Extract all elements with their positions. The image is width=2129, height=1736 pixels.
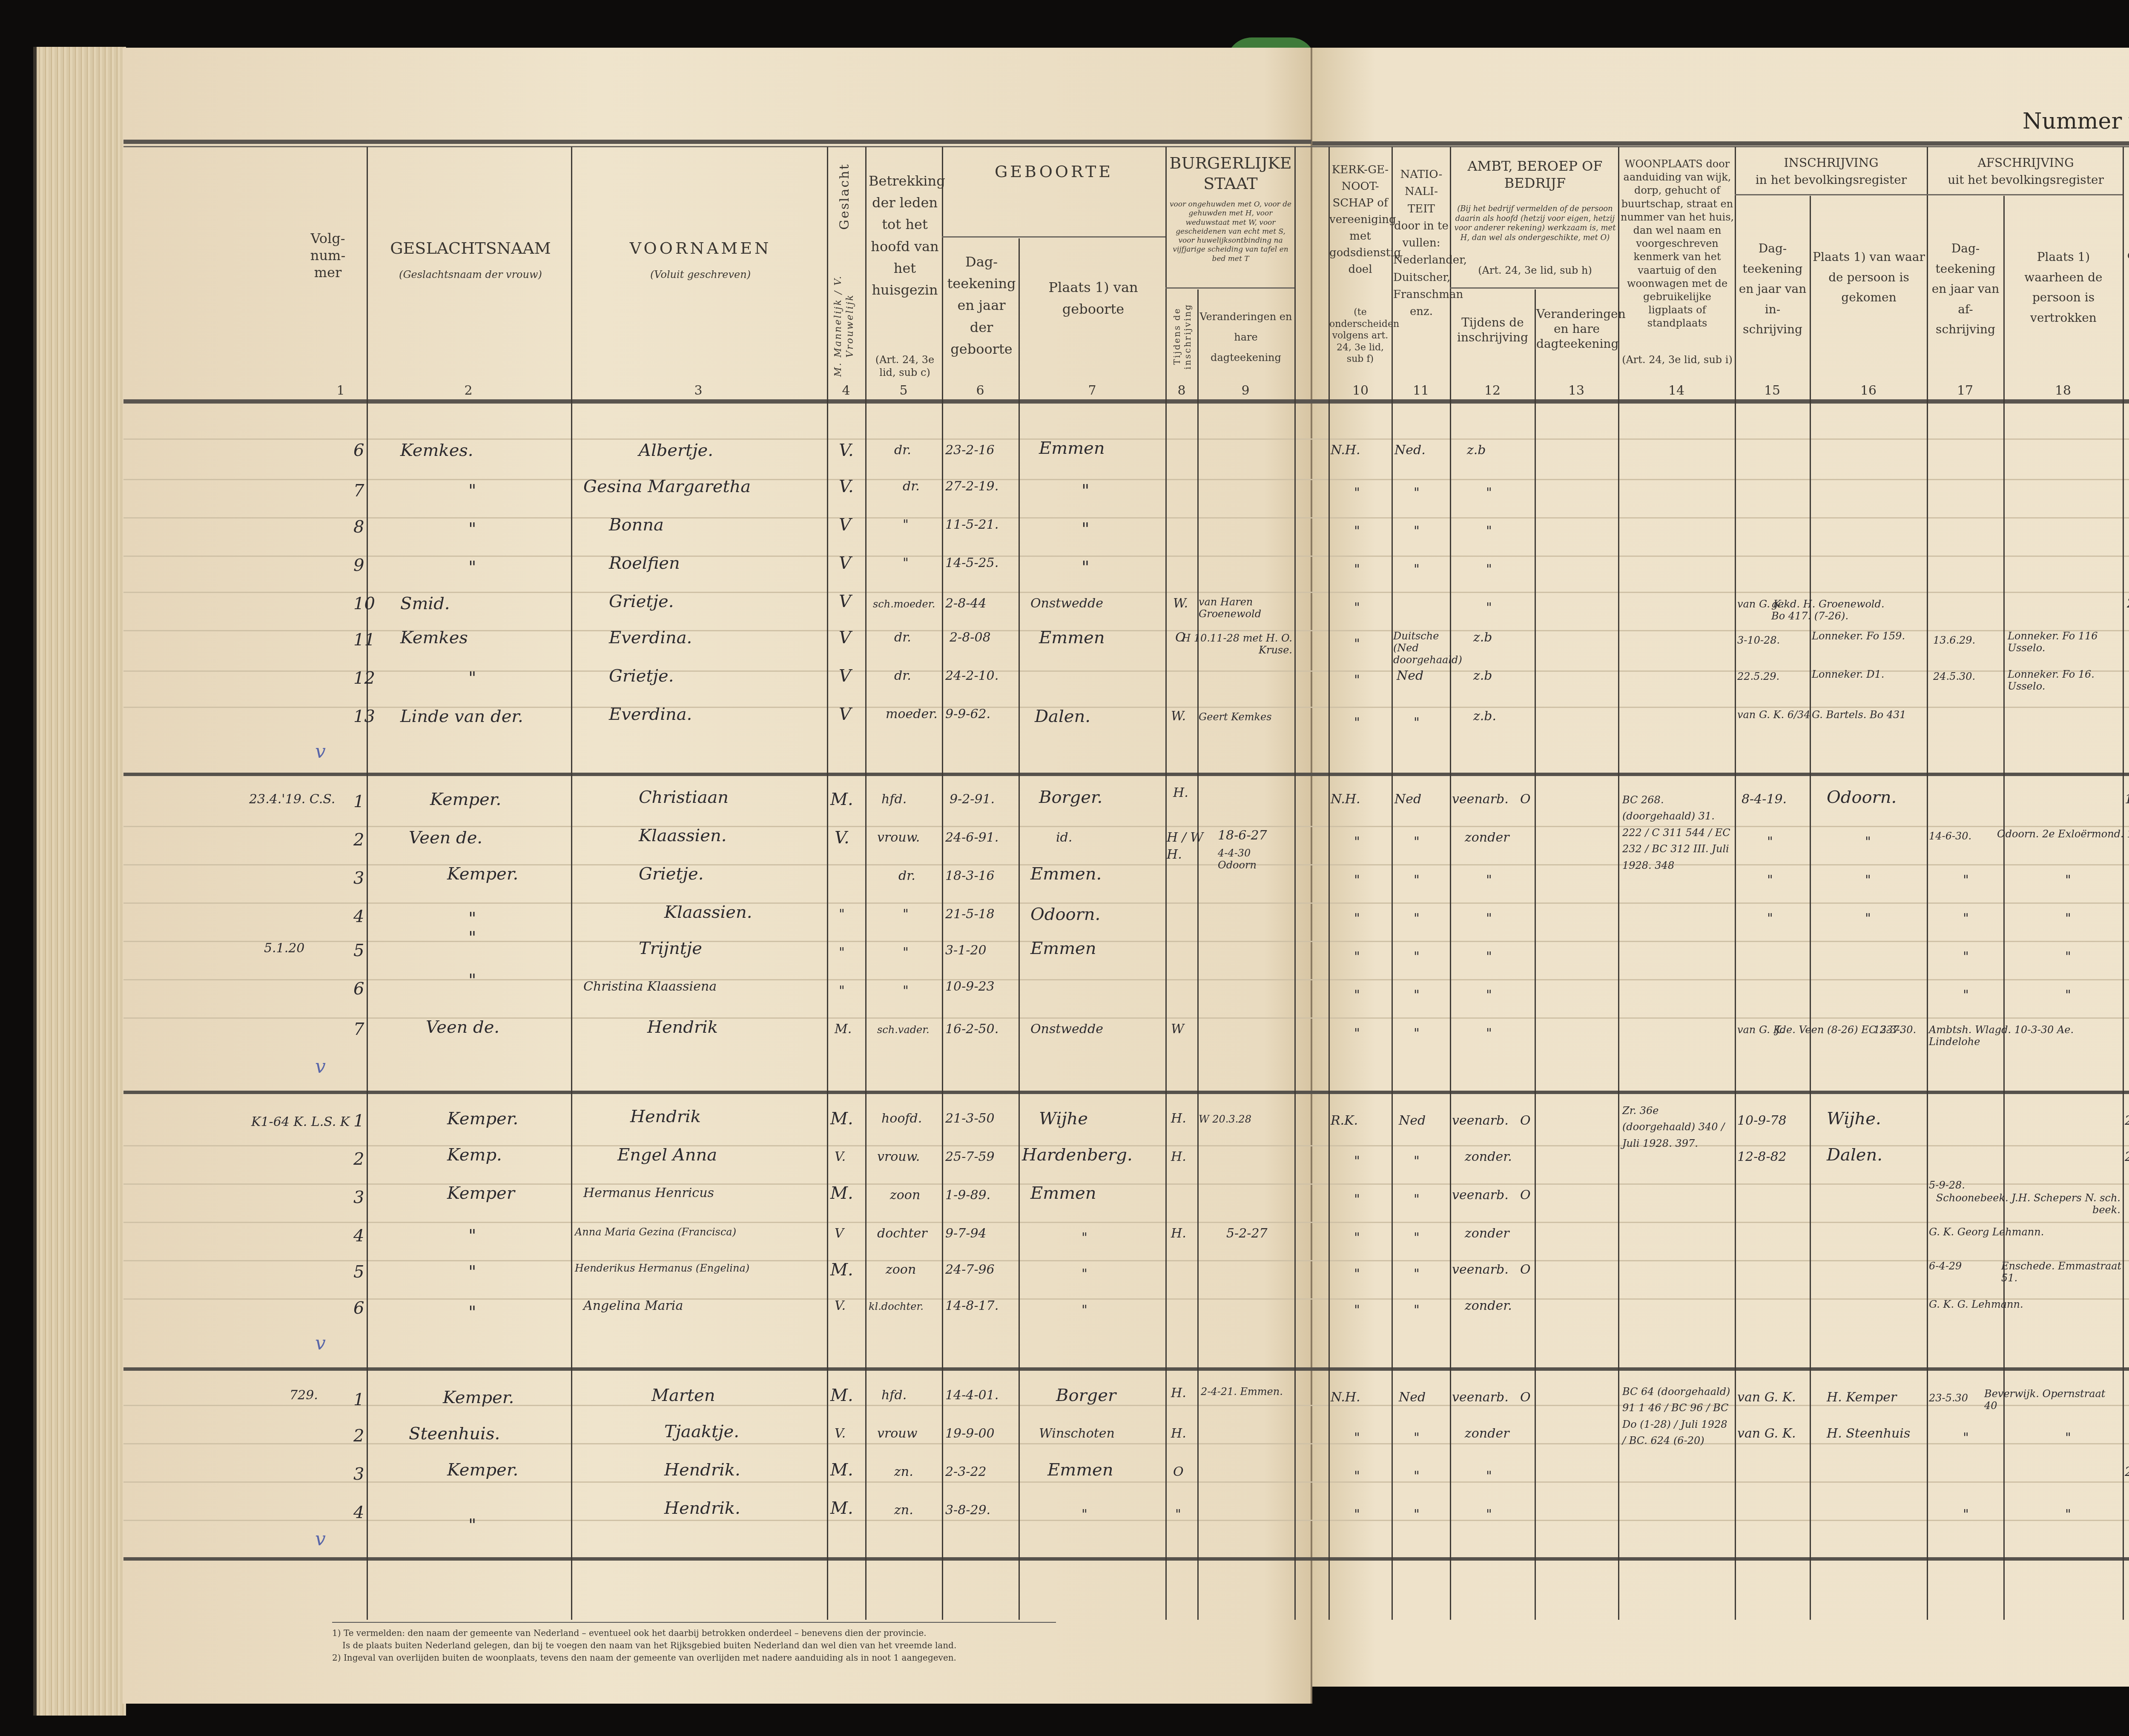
surname: " — [468, 668, 476, 688]
birth-place: Onstwedde — [1030, 596, 1103, 611]
surname: Kemper. — [447, 1109, 518, 1129]
group-margin-note: 729. — [290, 1388, 318, 1403]
occupation-status: O — [1520, 1188, 1531, 1203]
occupation: veenarb. — [1452, 1113, 1509, 1128]
nationality: " — [1414, 485, 1420, 500]
row-line — [123, 517, 2129, 519]
given-names: Tjaaktje. — [664, 1422, 739, 1441]
church: " — [1354, 524, 1360, 539]
relation: moeder. — [886, 707, 938, 722]
sheet-number-title: Nummer van het blad — [2023, 109, 2129, 134]
church: " — [1354, 1154, 1360, 1169]
surname: Kemper. — [447, 1460, 518, 1480]
col9-header: Veranderingen en hare dagteekening — [1199, 307, 1293, 368]
col3-subheader: (Voluit geschreven) — [575, 268, 826, 281]
given-names: Grietje. — [639, 864, 703, 884]
col-divider — [1810, 196, 1811, 1620]
occupation: " — [1486, 911, 1492, 926]
row-line — [123, 438, 2129, 440]
church: " — [1354, 1266, 1360, 1281]
civil-status: H. — [1171, 1426, 1186, 1441]
given-names: Trijntje — [639, 939, 702, 958]
row-line — [123, 941, 2129, 942]
group-divider-2 — [123, 1091, 2129, 1094]
civil-status: H. — [1171, 1149, 1186, 1164]
relation: dr. — [894, 443, 911, 458]
surname: " — [468, 1262, 476, 1282]
birth-date: 9-2-91. — [950, 792, 995, 807]
col5-header: Betrekking der leden tot het hoofd van h… — [869, 170, 941, 301]
sex: V. — [835, 1426, 846, 1441]
inscription-date: 22.5.29. — [1737, 670, 1779, 682]
nationality: Ned — [1399, 1113, 1426, 1128]
relation: hfd. — [881, 792, 907, 807]
col18-header: Plaats 1) waarheen de persoon is vertrok… — [2006, 247, 2121, 328]
surname: " — [468, 558, 476, 577]
col-divider — [1735, 147, 1736, 1620]
birth-place: Odoorn. — [1030, 905, 1100, 924]
civil-status: H. — [1167, 847, 1182, 862]
open-ledger: Nummer van het blad — [0, 0, 2129, 1736]
sex: V — [839, 705, 851, 724]
col-divider — [1328, 147, 1330, 1620]
row-number: 12 — [353, 668, 375, 688]
col12-header: Tijdens de inschrijving — [1451, 315, 1534, 345]
row-number: 4 — [353, 907, 364, 926]
birth-date: 21-5-18 — [945, 907, 995, 922]
relation: vrouw — [877, 1426, 917, 1441]
surname: " — [468, 1515, 476, 1535]
departure-date: " — [1963, 911, 1969, 926]
afschrijving-header: AFSCHRIJVING — [1929, 155, 2123, 170]
row-number: 4 — [353, 1503, 364, 1522]
row-line — [123, 592, 2129, 593]
sex: V — [835, 1226, 844, 1241]
occupation: " — [1486, 1507, 1492, 1522]
col14-subheader: (Art. 24, 3e lid, sub i) — [1620, 353, 1734, 366]
occupation-status: O — [1520, 1390, 1531, 1405]
blue-checkmark: v — [315, 1332, 326, 1354]
inscription-date: van G. K. — [1737, 1426, 1796, 1441]
given-names: Bonna — [609, 515, 664, 535]
birth-place: Emmen — [1039, 628, 1105, 647]
relation: dochter — [877, 1226, 927, 1241]
row-number: 5 — [353, 941, 364, 960]
relation: dr. — [898, 868, 915, 883]
col5-subheader: (Art. 24, 3e lid, sub c) — [869, 353, 941, 379]
nationality: " — [1414, 873, 1420, 888]
departure-date: " — [1963, 1430, 1969, 1445]
church: N.H. — [1331, 443, 1360, 458]
group-margin-note: 23.4.'19. C.S. — [249, 792, 335, 807]
colnum-8: 8 — [1169, 383, 1194, 398]
inscription-from: " — [1865, 873, 1871, 888]
surname: Kemkes. — [400, 441, 473, 460]
col3-header: VOORNAMEN — [575, 238, 826, 259]
row-number: 1 — [353, 1111, 364, 1131]
nationality: Ned — [1394, 792, 1421, 807]
col2-subheader: (Geslachtsnaam der vrouw) — [370, 268, 571, 281]
nationality: " — [1414, 949, 1420, 964]
colnum-15: 15 — [1759, 383, 1785, 398]
sex: V. — [835, 828, 849, 848]
birth-place: Hardenberg. — [1022, 1145, 1133, 1165]
church: " — [1354, 873, 1360, 888]
occupation: z.b — [1467, 443, 1486, 458]
birth-date: 24-6-91. — [945, 830, 999, 845]
footnote-1-cont: Is de plaats buiten Nederland gelegen, d… — [332, 1639, 1056, 1652]
death-date: 20-3-28 — [2125, 1149, 2129, 1164]
birth-date: 3-8-29. — [945, 1503, 990, 1518]
inschrijving-subheader: in het bevolkingsregister — [1736, 172, 1926, 187]
relation: " — [903, 556, 909, 570]
civil-status: H. — [1171, 1226, 1186, 1241]
occupation: " — [1486, 562, 1492, 577]
relation: zoon — [886, 1262, 916, 1277]
surname: Kemp. — [447, 1145, 502, 1165]
civil-status: W. — [1173, 596, 1188, 611]
birth-date: 14-5-25. — [945, 556, 999, 570]
given-names: Marten — [651, 1386, 715, 1405]
relation: dr. — [894, 630, 911, 645]
row-number: 3 — [353, 1464, 364, 1484]
relation: hoofd. — [881, 1111, 922, 1126]
birth-place: id. — [1056, 830, 1072, 845]
sex: " — [839, 907, 845, 922]
civil-status: H. — [1173, 785, 1188, 800]
row-margin-note: 5.1.20 — [264, 941, 304, 956]
birth-date: 24-2-10. — [945, 668, 999, 683]
nationality: Duitsche (Ned doorgehaald) — [1393, 630, 1449, 666]
colnum-4: 4 — [833, 383, 859, 398]
colnum-6: 6 — [967, 383, 993, 398]
sex: V. — [839, 477, 854, 496]
inscription-date: 12-8-82 — [1737, 1149, 1787, 1164]
birth-date: 14-8-17. — [945, 1298, 999, 1313]
occupation: " — [1486, 600, 1492, 615]
col-divider — [1535, 289, 1536, 1620]
birth-place: " — [1082, 481, 1089, 501]
sex: M. — [830, 1183, 853, 1203]
relation: dr. — [894, 668, 911, 683]
row-number: 7 — [353, 1020, 364, 1039]
nationality: " — [1414, 1154, 1420, 1169]
sex: V. — [839, 441, 854, 460]
afschrijving-subheader: uit het bevolkingsregister — [1929, 172, 2123, 187]
colnum-16: 16 — [1856, 383, 1881, 398]
row-number: 6 — [353, 1298, 364, 1318]
row-number: 4 — [353, 1226, 364, 1246]
surname: " — [468, 909, 476, 928]
colnum-12: 12 — [1480, 383, 1505, 398]
departure-to: " — [2065, 873, 2071, 888]
departure-to: Schoonebeek. J.H. Schepers N. sch. beek. — [1929, 1192, 2120, 1216]
departure-date: " — [1963, 988, 1969, 1003]
row-line — [123, 1017, 2129, 1019]
nationality: " — [1414, 1469, 1420, 1484]
residence: Zr. 36e (doorgehaald) 340 / Juli 1928. 3… — [1622, 1103, 1733, 1152]
birth-date: 1-9-89. — [945, 1188, 990, 1203]
bs-subrule — [1165, 287, 1294, 289]
inscription-date: " — [1767, 834, 1773, 849]
inschr-subrule — [1735, 194, 2123, 195]
row-number: 2 — [353, 1149, 364, 1169]
inscription-from: Odoorn. — [1827, 788, 1897, 807]
departure-to: G. K. Georg Lehmann. — [1929, 1226, 2120, 1238]
col19-header: Dag-teekening en jaar van OVER-LIJDEN 2) — [2125, 204, 2129, 306]
colnum-1: 1 — [328, 383, 353, 398]
birth-place: Emmen — [1030, 939, 1096, 958]
blue-checkmark: v — [315, 1528, 326, 1550]
colnum-13: 13 — [1564, 383, 1589, 398]
row-number: 7 — [353, 481, 364, 501]
given-names: Christina Klaassiena — [583, 979, 717, 994]
nationality: Ned. — [1394, 443, 1426, 458]
given-names: Hendrik — [647, 1017, 718, 1037]
col-divider — [1450, 147, 1451, 1620]
civil-status: " — [1175, 1507, 1181, 1522]
row-number: 6 — [353, 441, 364, 460]
nationality: " — [1414, 1507, 1420, 1522]
occupation-status: O — [1520, 792, 1531, 807]
civil-status-change: W 20.3.28 — [1199, 1113, 1251, 1125]
birth-date: 19-9-00 — [945, 1426, 995, 1441]
church: " — [1354, 485, 1360, 500]
relation: " — [903, 517, 909, 532]
footnote-1: 1) Te vermelden: den naam der gemeente v… — [332, 1627, 1056, 1639]
footnote-2: 2) Ingeval van overlijden buiten de woon… — [332, 1652, 1056, 1664]
given-names: Roelfien — [609, 553, 680, 573]
row-line — [123, 902, 2129, 904]
departure-to: " — [2065, 988, 2071, 1003]
ambt-subrule — [1450, 287, 1618, 289]
header-bottom-rule — [123, 399, 2129, 404]
given-names: Engel Anna — [617, 1145, 717, 1165]
relation: zn. — [894, 1503, 913, 1518]
birth-date: 14-4-01. — [945, 1388, 999, 1403]
page-edges-left — [33, 47, 126, 1716]
nationality: " — [1414, 834, 1420, 849]
civil-status-change: H 10.11-28 met H. O. Kruse. — [1171, 632, 1292, 656]
occupation: " — [1486, 873, 1492, 888]
church: " — [1354, 834, 1360, 849]
departure-to: " — [2065, 1430, 2071, 1445]
surname: Smid. — [400, 594, 450, 613]
church: " — [1354, 988, 1360, 1003]
nationality: " — [1414, 988, 1420, 1003]
church: " — [1354, 1230, 1360, 1245]
burgerlijke-staat-note: voor ongehuwden met O, voor de gehuwden … — [1168, 200, 1294, 264]
given-names: Angelina Maria — [583, 1298, 683, 1313]
church: " — [1354, 1026, 1360, 1041]
col-divider — [1197, 289, 1199, 1620]
civil-status: O — [1173, 1464, 1184, 1479]
civil-status-change: 18-6-27 — [1218, 828, 1267, 843]
nationality: Ned — [1397, 668, 1423, 683]
birth-date: 2-8-44 — [945, 596, 987, 611]
nationality: " — [1414, 911, 1420, 926]
birth-place: " — [1082, 1266, 1087, 1281]
nationality: Ned — [1399, 1390, 1426, 1405]
departure-date: 13-3-30. — [1874, 1024, 1916, 1036]
birth-date: 27-2-19. — [945, 479, 999, 494]
row-line — [123, 556, 2129, 557]
civil-status-change: Geert Kemkes — [1199, 711, 1272, 723]
header-top-rule — [123, 140, 1311, 144]
surname: Kemper. — [443, 1388, 514, 1407]
sex: V. — [835, 1298, 846, 1313]
occupation: " — [1486, 949, 1492, 964]
church: " — [1354, 949, 1360, 964]
printed-footnotes: 1) Te vermelden: den naam der gemeente v… — [332, 1622, 1056, 1664]
col-divider — [1392, 147, 1393, 1620]
birth-date: 11-5-21. — [945, 517, 999, 532]
inscription-from: gekd. H. Groenewold. Bo 417. (7-26). — [1771, 598, 1899, 622]
birth-place: " — [1082, 1507, 1087, 1522]
inscription-from: Lonneker. Fo 159. — [1812, 630, 1922, 642]
occupation: " — [1486, 1026, 1492, 1041]
row-number: 11 — [353, 630, 375, 650]
occupation: veenarb. — [1452, 792, 1509, 807]
death-date: 20-6-32 — [2127, 596, 2129, 611]
occupation: zonder — [1465, 1226, 1509, 1241]
church: " — [1354, 1303, 1360, 1318]
sex: V — [839, 553, 851, 573]
given-names: Everdina. — [609, 628, 692, 647]
given-names: Hendrik — [630, 1107, 701, 1126]
colnum-10: 10 — [1348, 383, 1373, 398]
sex: M. — [830, 790, 853, 809]
surname: Kemper. — [447, 864, 518, 884]
birth-place: " — [1082, 558, 1089, 577]
sex: V — [839, 515, 851, 535]
burgerlijke-staat-header: BURGERLIJKE STAAT — [1167, 153, 1294, 194]
col-divider — [827, 147, 828, 1620]
surname: Linde van der. — [400, 707, 523, 726]
inscription-date: 8-4-19. — [1742, 792, 1787, 807]
relation: zn. — [894, 1464, 913, 1479]
row-line — [123, 1405, 2129, 1406]
inscription-from: Dalen. — [1827, 1145, 1882, 1165]
col-divider — [1618, 147, 1619, 1620]
inscription-date: 3-10-28. — [1737, 634, 1780, 646]
surname: " — [468, 519, 476, 539]
group-divider-3 — [123, 1367, 2129, 1371]
occupation: veenarb. — [1452, 1262, 1509, 1277]
nationality: " — [1414, 1026, 1420, 1041]
row-line — [123, 864, 2129, 865]
inscription-date: van G. K. 6/34 — [1737, 709, 1811, 721]
relation: zoon — [890, 1188, 920, 1203]
relation: vrouw. — [877, 1149, 920, 1164]
occupation-status: O — [1520, 1262, 1531, 1277]
given-names: Klaassien. — [664, 902, 752, 922]
row-number: 2 — [353, 830, 364, 850]
inscription-from: " — [1865, 834, 1871, 849]
row-number: 1 — [353, 1390, 364, 1409]
birth-date: 3-1-20 — [945, 943, 987, 958]
given-names: Hendrik. — [664, 1498, 740, 1518]
birth-date: 10-9-23 — [945, 979, 995, 994]
inschrijving-header: INSCHRIJVING — [1736, 155, 1926, 170]
sex: V — [839, 666, 851, 686]
row-number: 2 — [353, 1426, 364, 1446]
church: N.H. — [1331, 792, 1360, 807]
col-divider — [942, 147, 943, 1620]
church: " — [1354, 600, 1360, 615]
row-number: 6 — [353, 979, 364, 999]
birth-date: 23-2-16 — [945, 443, 995, 458]
relation: dr. — [903, 479, 920, 494]
church: " — [1354, 1469, 1360, 1484]
row-number: 3 — [353, 868, 364, 888]
row-line — [123, 1260, 2129, 1261]
church: R.K. — [1331, 1113, 1358, 1128]
birth-place: Borger — [1056, 1386, 1116, 1405]
row-number: 8 — [353, 517, 364, 537]
surname: " — [468, 971, 476, 990]
departure-date: " — [1963, 949, 1969, 964]
birth-place: Emmen — [1047, 1460, 1113, 1480]
birth-place: Wijhe — [1039, 1109, 1088, 1129]
surname: Kemper — [447, 1183, 515, 1203]
birth-date: 16-2-50. — [945, 1022, 999, 1037]
sex: V — [839, 628, 851, 647]
surname: Kemkes — [400, 628, 468, 647]
birth-place: Emmen — [1039, 438, 1105, 458]
departure-date: 23-5.30 — [1929, 1392, 1968, 1404]
given-names: Hendrik. — [664, 1460, 740, 1480]
row-line — [123, 1481, 2129, 1483]
departure-date: 5-9-28. — [1929, 1179, 1965, 1191]
row-number: 3 — [353, 1188, 364, 1207]
inscription-date: " — [1767, 873, 1773, 888]
given-names: Grietje. — [609, 666, 674, 686]
row-line — [123, 826, 2129, 827]
birth-place: Emmen. — [1030, 864, 1102, 884]
col-divider — [367, 147, 368, 1620]
civil-status-change: van Haren Groenewold — [1199, 596, 1292, 620]
row-number: 5 — [353, 1262, 364, 1282]
col16-header: Plaats 1) van waar de persoon is gekomen — [1812, 247, 1926, 308]
col8-header: Tijdens de inschrijving — [1172, 298, 1193, 375]
ambt-ref: (Art. 24, 3e lid, sub h) — [1453, 264, 1617, 277]
nationality: " — [1414, 1230, 1420, 1245]
given-names: Gesina Margaretha — [583, 477, 751, 496]
col-divider — [1294, 147, 1296, 1620]
departure-to: Lonneker. Fo 16. Usselo. — [2008, 668, 2118, 692]
departure-to: " — [2065, 911, 2071, 926]
row-line — [123, 1183, 2129, 1185]
given-names: Anna Maria Gezina (Francisca) — [575, 1226, 736, 1238]
relation: kl.dochter. — [869, 1301, 924, 1312]
occupation: zonder — [1465, 1426, 1509, 1441]
surname: Veen de. — [426, 1017, 499, 1037]
departure-to: Enschede. Emmastraat 51. — [2001, 1260, 2125, 1284]
sex: " — [839, 945, 845, 960]
inscription-from: H. Steenhuis — [1827, 1426, 1910, 1441]
col-divider — [2123, 147, 2124, 1620]
sex: M. — [835, 1022, 852, 1037]
birth-date: 24-7-96 — [945, 1262, 995, 1277]
inscription-from: " — [1865, 911, 1871, 926]
nationality: " — [1414, 1303, 1420, 1318]
row-number: 13 — [353, 707, 375, 726]
civil-status: W — [1171, 1022, 1184, 1037]
occupation: veenarb. — [1452, 1390, 1509, 1405]
row-line — [123, 1222, 2129, 1223]
col4-subheader: M. Mannelijk / V. Vrouwelijk — [832, 272, 856, 379]
